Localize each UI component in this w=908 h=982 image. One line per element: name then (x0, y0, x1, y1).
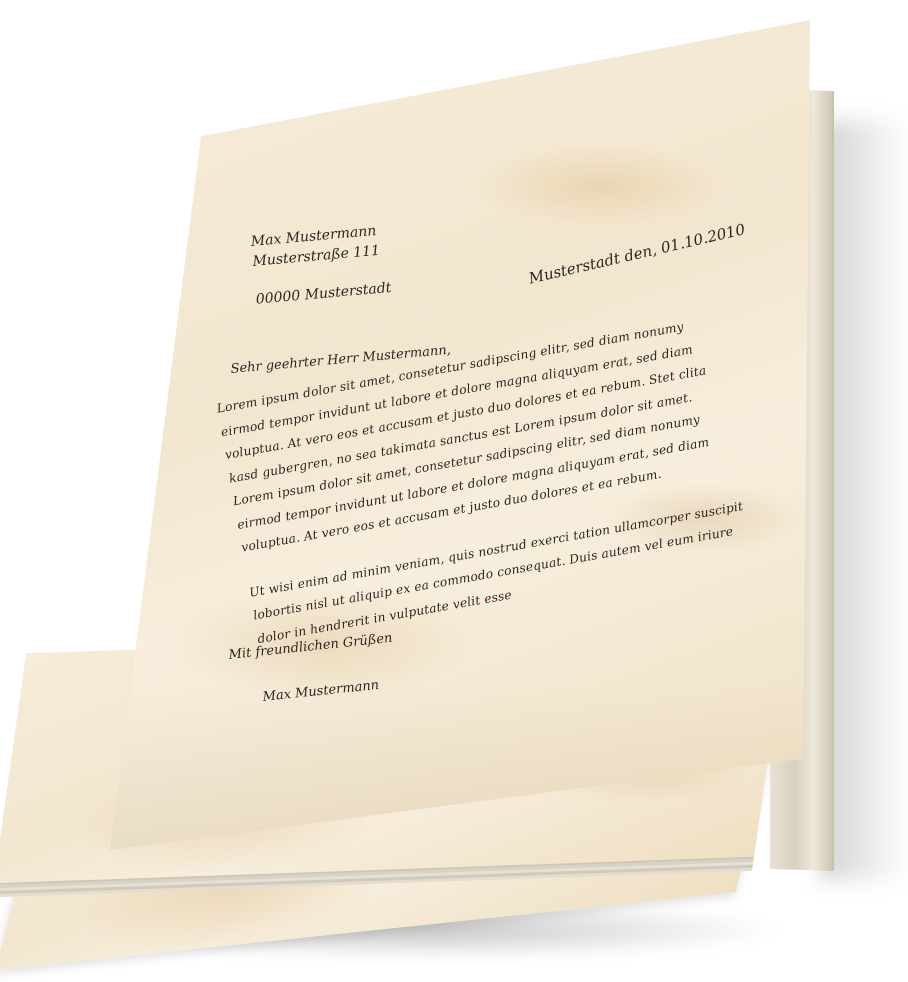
sender-address: Max Mustermann Musterstraße 111 00000 Mu… (250, 220, 392, 310)
product-photo: Max Mustermann Musterstraße 111 00000 Mu… (0, 0, 908, 982)
